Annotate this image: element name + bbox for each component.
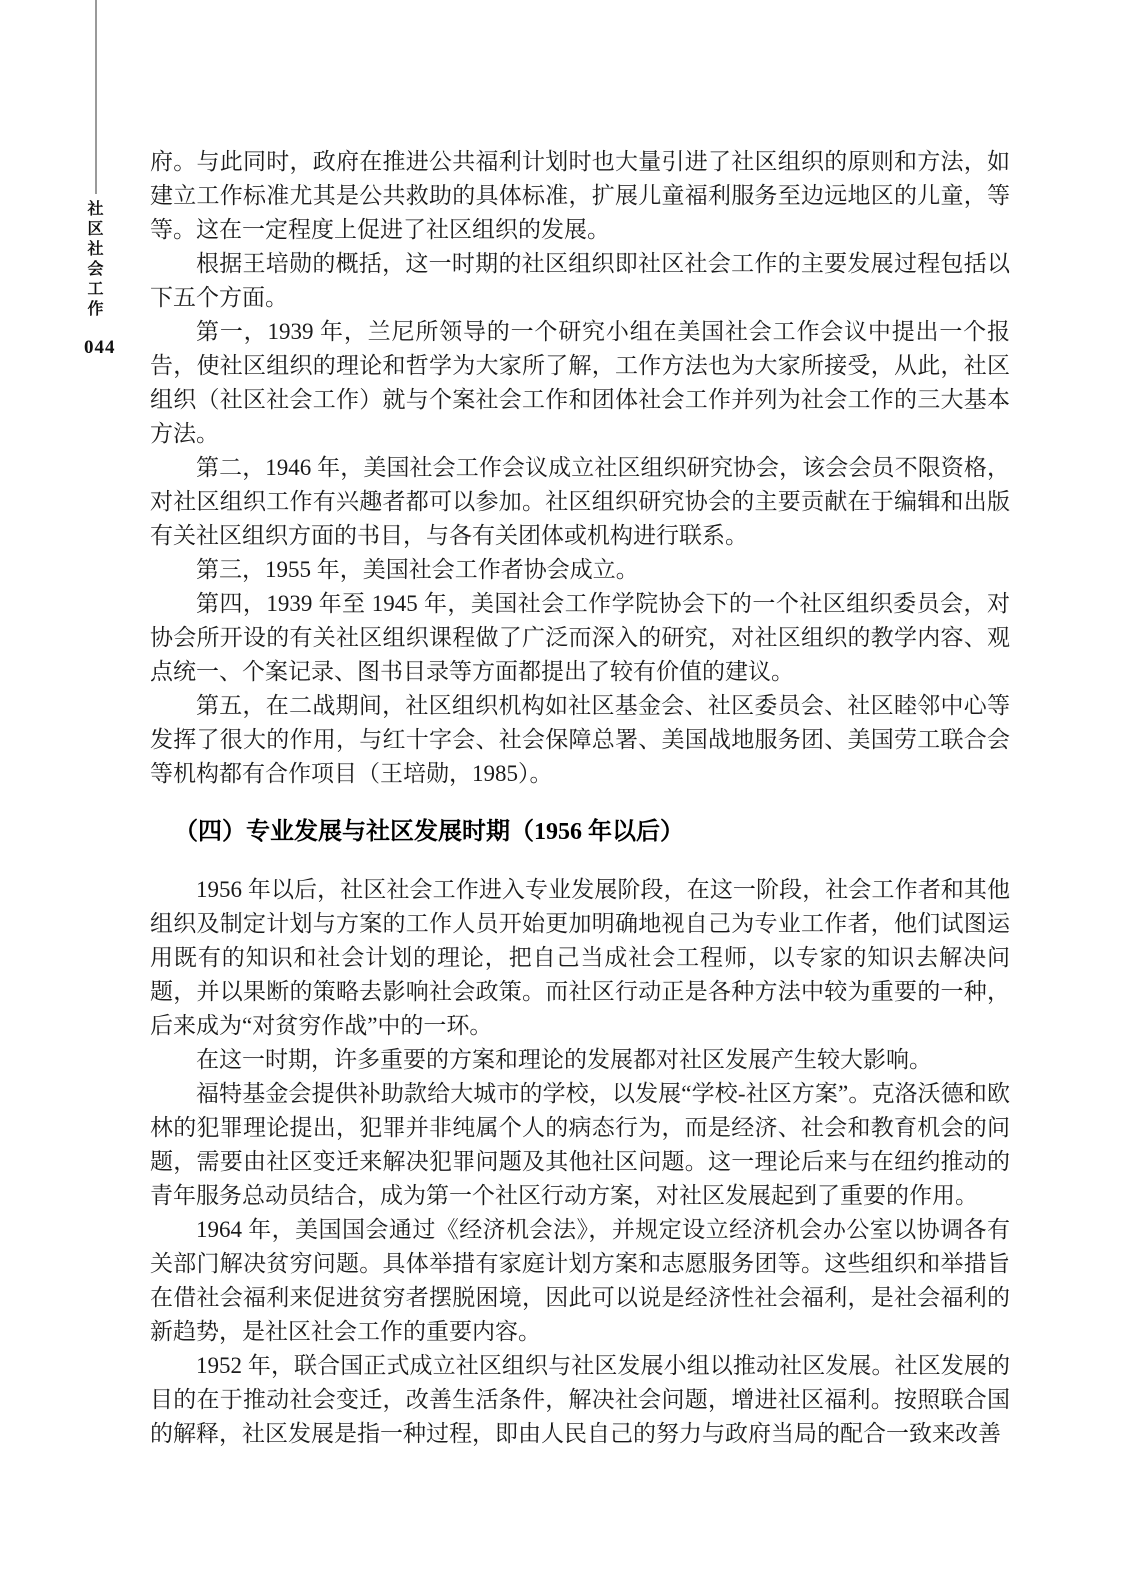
book-page: 社区社会工作 044 府。与此同时，政府在推进公共福利计划时也大量引进了社区组织… <box>0 0 1127 1570</box>
paragraph-point-5: 第五，在二战期间，社区组织机构如社区基金会、社区委员会、社区睦邻中心等发挥了很大… <box>150 689 1010 791</box>
paragraph: 根据王培勋的概括，这一时期的社区组织即社区社会工作的主要发展过程包括以下五个方面… <box>150 247 1010 315</box>
paragraph-point-1: 第一，1939 年，兰尼所领导的一个研究小组在美国社会工作会议中提出一个报告，使… <box>150 315 1010 451</box>
paragraph: 1964 年，美国国会通过《经济机会法》，并规定设立经济机会办公室以协调各有关部… <box>150 1213 1010 1349</box>
paragraph-point-3: 第三，1955 年，美国社会工作者协会成立。 <box>150 553 1010 587</box>
paragraph: 福特基金会提供补助款给大城市的学校，以发展“学校-社区方案”。克洛沃德和欧林的犯… <box>150 1077 1010 1213</box>
paragraph-point-4: 第四，1939 年至 1945 年，美国社会工作学院协会下的一个社区组织委员会，… <box>150 587 1010 689</box>
paragraph-point-2: 第二，1946 年，美国社会工作会议成立社区组织研究协会，该会会员不限资格，对社… <box>150 451 1010 553</box>
book-title-vertical: 社区社会工作 <box>82 200 105 320</box>
margin-rule <box>95 0 97 194</box>
paragraph: 在这一时期，许多重要的方案和理论的发展都对社区发展产生较大影响。 <box>150 1043 1010 1077</box>
paragraph-last-truncated: 1952 年，联合国正式成立社区组织与社区发展小组以推动社区发展。社区发展的目的… <box>150 1349 1010 1451</box>
page-content: 府。与此同时，政府在推进公共福利计划时也大量引进了社区组织的原则和方法，如建立工… <box>150 145 1010 1451</box>
paragraph: 1956 年以后，社区社会工作进入专业发展阶段，在这一阶段，社会工作者和其他组织… <box>150 873 1010 1043</box>
paragraph-continuation: 府。与此同时，政府在推进公共福利计划时也大量引进了社区组织的原则和方法，如建立工… <box>150 145 1010 247</box>
page-number: 044 <box>84 337 116 359</box>
section-heading: （四）专业发展与社区发展时期（1956 年以后） <box>150 815 1010 849</box>
